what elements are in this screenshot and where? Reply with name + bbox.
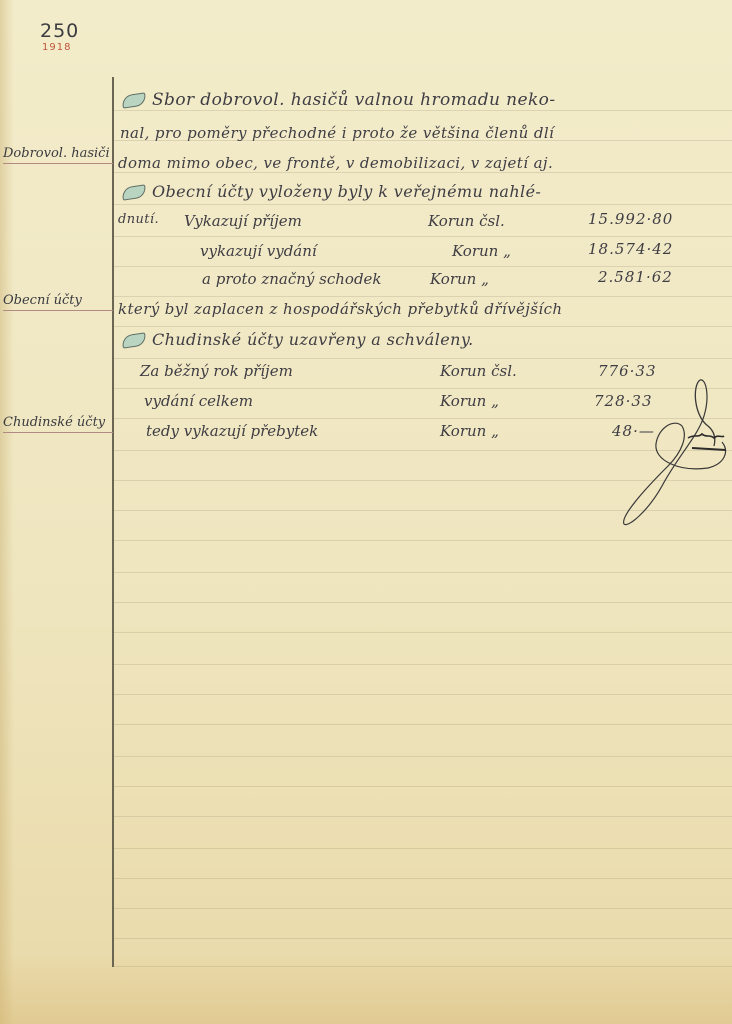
poor-surplus-label: tedy vykazují přebytek (146, 422, 318, 440)
municipal-deficit-amount: 2.581·62 (598, 268, 673, 286)
poor-income-currency: Korun čsl. (440, 362, 517, 380)
poor-surplus-currency: Korun „ (440, 422, 499, 440)
municipal-income-amount: 15.992·80 (588, 210, 673, 228)
side-heading-municipal-accounts: Obecní účty (3, 293, 113, 311)
side-heading-poor-accounts: Chudinské účty (3, 415, 113, 433)
entry-municipal-line-2-prefix: dnutí. (118, 212, 159, 227)
poor-expense-currency: Korun „ (440, 392, 499, 410)
signature (618, 376, 730, 531)
entry-firefighters-line-2: nal, pro poměry přechodné i proto že vět… (120, 124, 554, 142)
poor-income-label: Za běžný rok příjem (140, 362, 293, 380)
leaf-ornament-icon (121, 332, 147, 348)
side-heading-firefighters: Dobrovol. hasiči (3, 146, 113, 164)
municipal-expense-currency: Korun „ (452, 242, 511, 260)
entry-municipal-line-5: který byl zaplacen z hospodářských přeby… (118, 300, 562, 318)
ledger-page: 250 1918 Dobrovol. hasiči Obecní účty Ch… (0, 0, 732, 1024)
poor-expense-label: vydání celkem (144, 392, 253, 410)
entry-firefighters-line-1: Sbor dobrovol. hasičů valnou hromadu nek… (122, 90, 555, 110)
signature-flourish-icon (618, 376, 730, 531)
leaf-ornament-icon (121, 92, 147, 108)
entry-poor-line-1: Chudinské účty uzavřeny a schváleny. (122, 330, 474, 349)
municipal-deficit-label: a proto značný schodek (202, 270, 382, 288)
page-year: 1918 (42, 42, 71, 53)
municipal-income-label: Vykazují příjem (184, 212, 302, 230)
entry-municipal-line-1: Obecní účty vyloženy byly k veřejnému na… (122, 182, 541, 201)
municipal-expense-label: vykazují vydání (200, 242, 317, 260)
margin-line (112, 77, 114, 967)
municipal-expense-amount: 18.574·42 (588, 240, 673, 258)
municipal-income-currency: Korun čsl. (428, 212, 505, 230)
entry-firefighters-line-3: doma mimo obec, ve frontě, v demobilizac… (118, 154, 553, 172)
leaf-ornament-icon (121, 184, 147, 200)
municipal-deficit-currency: Korun „ (430, 270, 489, 288)
page-number: 250 (40, 20, 79, 42)
